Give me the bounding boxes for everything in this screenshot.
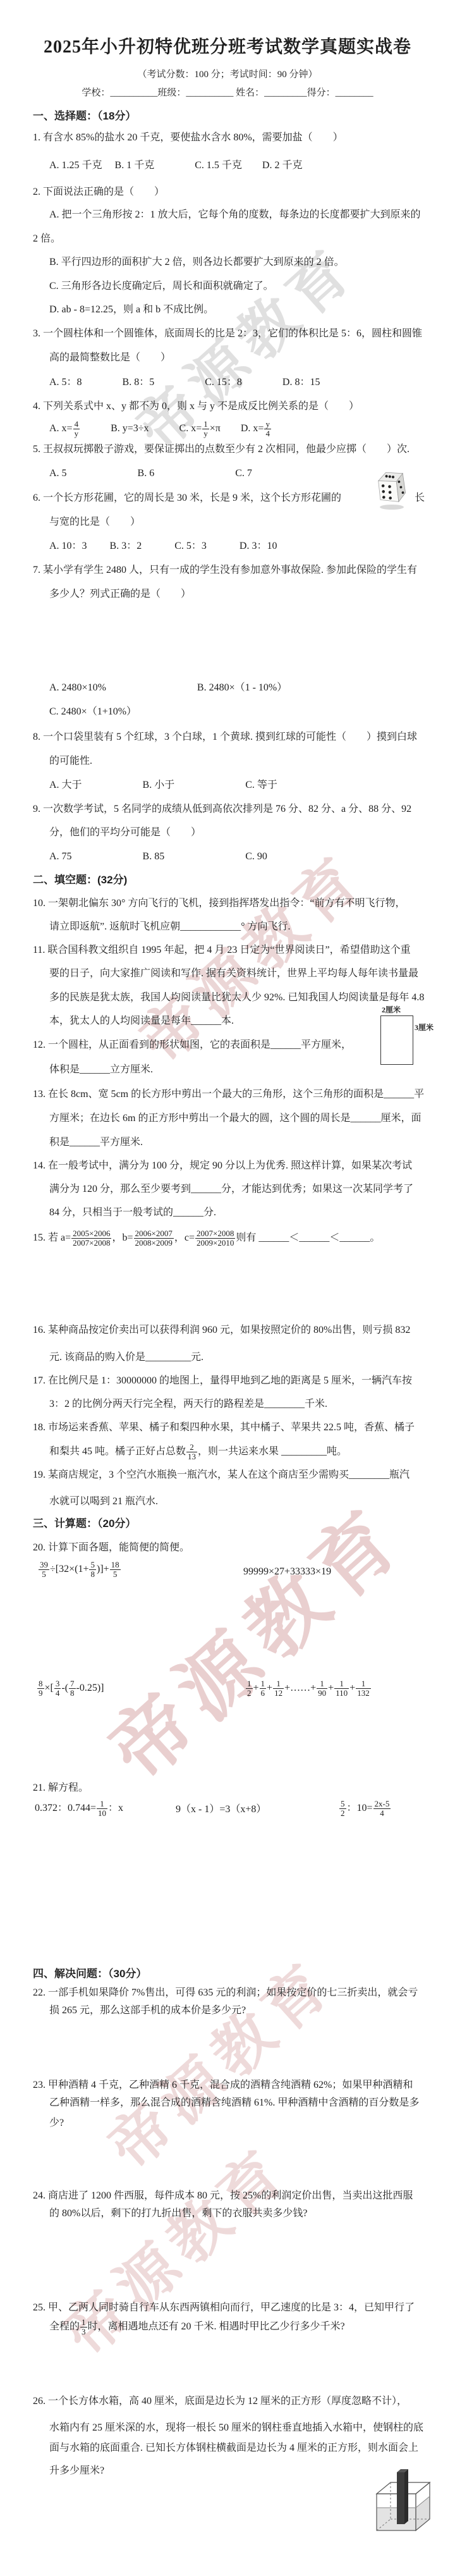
fraction: y4 [264, 420, 271, 438]
q17-line2: 3：2 的比例分两天行完全程，两天行的路程差是________千米. [49, 1397, 327, 1411]
q7-options-ab: A. 2480×10% B. 2480×（1 - 10%） [49, 680, 287, 695]
q16-line2: 元. 该商品的购入价是_________元. [49, 1350, 203, 1365]
q5-stem: 5. 王叔叔玩掷骰子游戏，要保证掷出的点数至少有 2 次相同，他最少应掷（ ）次… [33, 442, 409, 457]
q23-line2: 乙种酒精一样多，那么混合成的酒精含纯酒精 61%. 甲种酒精中含酒精的百分数是多 [49, 2095, 419, 2110]
section-4-header: 四、解决问题：（30分） [33, 1966, 147, 1981]
q21-eq3-formula: 52：10=2x-54 [339, 1796, 391, 1821]
q3-stem: 3. 一个圆柱体和一个圆锥体，底面周长的比是 2：3，它们的体积比是 5：6，圆… [33, 326, 422, 341]
fraction: 78 [69, 1679, 76, 1697]
fraction: 1132 [356, 1679, 371, 1697]
q2-stem: 2. 下面说法正确的是（ ） [33, 185, 164, 199]
q3-options: A. 5：8 B. 8：5 C. 15：8 D. 8：15 [49, 375, 320, 389]
student-info-line: 学校：__________班级：__________ 姓名：_________得… [0, 85, 455, 99]
fraction: 34 [54, 1679, 61, 1697]
q22-line2: 损 265 元，那么这部手机的成本价是多少元? [49, 2003, 246, 2018]
q15-formula: 15. 若 a=2005×20062007×2008，b=2006×200720… [33, 1225, 380, 1251]
q13-line1: 13. 在长 8cm、宽 5cm 的长方形中剪出一个最大的三角形，这个三角形的面… [33, 1087, 424, 1101]
q26-line2: 水箱内有 25 厘米深的水，现将一根长 50 厘米的钢柱垂直地插入水箱中，使钢柱… [49, 2420, 423, 2435]
fraction: 395 [39, 1561, 49, 1578]
q2-option-b: B. 平行四边形的面积扩大 2 倍，则各边长都要扩大到原来的 2 倍。 [49, 255, 344, 269]
section-1-header: 一、选择题：（18分） [33, 109, 136, 123]
q20-expr1-formula: 395÷[32×(1+58)]+185 [38, 1557, 121, 1582]
water-tank-figure [372, 2469, 435, 2538]
exam-meta-line: （考试分数：100 分；考试时间：90 分钟） [0, 67, 455, 80]
q13-line3: 积是______平方厘米. [49, 1135, 143, 1150]
q13-line2: 方厘米；在边长 6m 的正方形中剪出一个最大的圆，这个圆的周长是______厘米… [49, 1111, 421, 1125]
q6-stem: 6. 一个长方形花圃，它的周长是 30 米，长是 9 米，这个长方形花圃的 [33, 491, 341, 505]
fraction: 2x-54 [373, 1800, 391, 1817]
fraction: 2006×20072008×2009 [134, 1229, 174, 1247]
section-2-header: 二、填空题：(32分) [33, 873, 127, 887]
q6-stem-cont: 与宽的比是（ ） [49, 515, 140, 529]
cylinder-rectangle [380, 1015, 413, 1065]
q9-stem: 9. 一次数学考试，5 名同学的成绩从低到高依次排列是 76 分、82 分、a … [33, 802, 411, 816]
q2-option-d: D. ab - 8=12.25，则 a 和 b 不成比例。 [49, 302, 214, 317]
fraction: 1y [202, 420, 209, 438]
q8-stem-cont: 的可能性. [49, 754, 92, 768]
dice-icon [374, 469, 409, 511]
q20-expr4-formula: 12+16+112+……+190+1110+1132 [245, 1676, 372, 1701]
q16-line1: 16. 某种商品按定价卖出可以获得利润 960 元，如果按照定价的 80%出售，… [33, 1323, 410, 1337]
dice-image [374, 469, 409, 514]
q17-line1: 17. 在比例尺是 1：30000000 的地图上，量得甲地到乙地的距离是 5 … [33, 1373, 412, 1388]
fraction: 52 [339, 1800, 346, 1817]
q10-stem: 10. 一架朝北偏东 30° 方向飞行的飞机，接到指挥塔发出指令：“前方有不明飞… [33, 896, 406, 911]
q18-line1: 18. 市场运来香蕉、苹果、橘子和梨四种水果，其中橘子、苹果共 22.5 吨，香… [33, 1420, 415, 1435]
q24-line1: 24. 商店进了 1200 件西服，每件成本 80 元，按 25%的利润定价出售… [33, 2188, 413, 2203]
q21-eq2: 9（x - 1）=3（x+8） [176, 1802, 266, 1817]
q22-line1: 22. 一部手机如果降价 7%售出，可得 635 元的利润；如果按定价的七三折卖… [33, 1985, 418, 2000]
q12-line2: 体积是______立方厘米. [49, 1062, 153, 1077]
q26-line4: 升多少厘米? [49, 2463, 104, 2478]
fraction: 190 [317, 1679, 327, 1697]
q4-stem: 4. 下列关系式中 x、y 都不为 0，则 x 与 y 不是成反比例关系的是（ … [33, 399, 359, 414]
q26-line3: 面与水箱的底面重合. 已知长方体钢柱横截面是边长为 4 厘米的正方形，则水面会上 [49, 2441, 418, 2455]
q2-option-a: A. 把一个三角形按 2：1 放大后，它每个角的度数，每条边的长度都要扩大到原来… [49, 207, 421, 222]
q5-options: A. 5 B. 6 C. 7 [49, 466, 252, 481]
q1-options: A. 1.25 千克 B. 1 千克 C. 1.5 千克 D. 2 千克 [49, 158, 302, 173]
q9-stem-cont: 分，他们的平均分可能是（ ） [49, 825, 201, 840]
q2-option-c: C. 三角形各边长度确定后，周长和面积就确定了。 [49, 279, 274, 293]
fraction: 1110 [334, 1679, 349, 1697]
q11-line1: 11. 联合国科教文组织自 1995 年起，把 4 月 23 日定为“世界阅读日… [33, 943, 411, 957]
q7-stem-cont: 多少人？列式正确的是（ ） [49, 587, 191, 601]
q25-line1: 25. 甲、乙两人同时骑自行车从东西两镇相向而行，甲乙速度的比是 3：4，已知甲… [33, 2300, 415, 2315]
fraction: 185 [110, 1561, 121, 1578]
q11-line3: 多的民族是犹太族，我国人均阅读量比犹太人少 92%. 已知我国人均阅读量是每年 … [49, 990, 424, 1005]
q18-line2-formula: 和梨共 45 吨。橘子正好占总数213，则一共运来水果 _________吨。 [49, 1439, 347, 1464]
fraction: 112 [273, 1679, 284, 1697]
water-tank-icon [372, 2469, 435, 2535]
q10-stem-cont: 请立即返航”. 返航时飞机应朝____________° 方向飞行. [49, 919, 291, 934]
q3-stem-cont: 高的最简整数比是（ ） [49, 350, 171, 365]
q26-line1: 26. 一个长方体水箱，高 40 厘米，底面是边长为 12 厘米的正方形（厚度忽… [33, 2394, 407, 2408]
q20-expr2: 99999×27+33333×19 [243, 1564, 331, 1579]
q25-line2-formula: 全程的13时，离相遇地点还有 20 千米. 相遇时甲比乙少行多少千米? [49, 2314, 345, 2340]
q14-line3: 84 分，只相当于一般考试的______分. [49, 1205, 216, 1220]
q6-options: A. 10：3 B. 3：2 C. 5：3 D. 3：10 [49, 539, 277, 553]
q4-options-formula: A. x=4y B. y=3÷x C. x=1y×π D. x=y4 [49, 416, 272, 441]
fraction: 2005×20062007×2008 [71, 1229, 111, 1247]
fraction: 110 [97, 1800, 107, 1817]
q2-option-a-cont: 2 倍。 [33, 231, 61, 246]
q19-line1: 19. 某商店规定，3 个空汽水瓶换一瓶汽水，某人在这个商店至少需购买_____… [33, 1468, 409, 1482]
fraction: 4y [73, 420, 80, 438]
q6-stem-tail: 长 [415, 491, 425, 505]
page-title: 2025年小升初特优班分班考试数学真题实战卷 [0, 33, 455, 58]
q20-stem: 20. 计算下面各题，能简便的简便。 [33, 1540, 190, 1555]
exam-paper-page: 帝源教育 帝源教育 帝源教育 帝源教育 帝源教育 2025年小升初特优班分班考试… [0, 0, 455, 2576]
q1-stem: 1. 有含水 85%的盐水 20 千克，要使盐水含水 80%，需要加盐（ ） [33, 130, 343, 145]
q24-line2: 的 80%以后，剩下的打九折出售，剩下的衣服共卖多少钱? [49, 2206, 307, 2221]
q11-line4: 本，犹太人的人均阅读量是每年______本. [49, 1014, 234, 1028]
fraction: 213 [186, 1443, 197, 1461]
fraction: 2007×20082009×2010 [195, 1229, 235, 1247]
q14-line2: 满分为 120 分，那么至少要考到______分，才能达到优秀；如果这一次某同学… [49, 1182, 413, 1196]
q23-line1: 23. 甲种酒精 4 千克，乙种酒精 6 千克，混合成的酒精含纯酒精 62%；如… [33, 2078, 413, 2092]
q11-line2: 要的日子，向大家推广阅读和写作. 据有关资料统计，世界上平均每人每年读书量最 [49, 966, 418, 981]
q12-line1: 12. 一个圆柱，从正面看到的形状如图，它的表面积是______平方厘米， [33, 1038, 351, 1052]
q14-line1: 14. 在一般考试中，满分为 100 分，规定 90 分以上为优秀. 照这样计算… [33, 1158, 412, 1173]
q20-expr3-formula: 89×[34-(78-0.25)] [37, 1676, 104, 1701]
q7-stem: 7. 某小学有学生 2480 人，只有一成的学生没有参加意外事故保险. 参加此保… [33, 563, 417, 577]
fraction: 13 [80, 2318, 87, 2336]
fraction: 16 [260, 1679, 267, 1697]
q7-option-c: C. 2480×（1+10%） [49, 704, 136, 719]
cylinder-height-label: 3厘米 [415, 1022, 434, 1033]
q21-eq1-formula: 0.372：0.744=110：x [35, 1796, 123, 1821]
q19-line2: 水就可以喝到 21 瓶汽水. [49, 1494, 158, 1509]
q9-options: A. 75 B. 85 C. 90 [49, 849, 267, 864]
fraction: 12 [246, 1679, 253, 1697]
fraction: 58 [89, 1561, 96, 1578]
q21-stem: 21. 解方程。 [33, 1781, 88, 1795]
section-3-header: 三、计算题：（20分） [33, 1516, 136, 1531]
q8-stem: 8. 一个口袋里装有 5 个红球，3 个白球，1 个黄球. 摸到红球的可能性（ … [33, 730, 417, 744]
q8-options: A. 大于 B. 小于 C. 等于 [49, 778, 277, 792]
cylinder-width-label: 2厘米 [382, 1004, 401, 1015]
fraction: 89 [37, 1679, 44, 1697]
q23-line3: 少? [49, 2116, 64, 2130]
